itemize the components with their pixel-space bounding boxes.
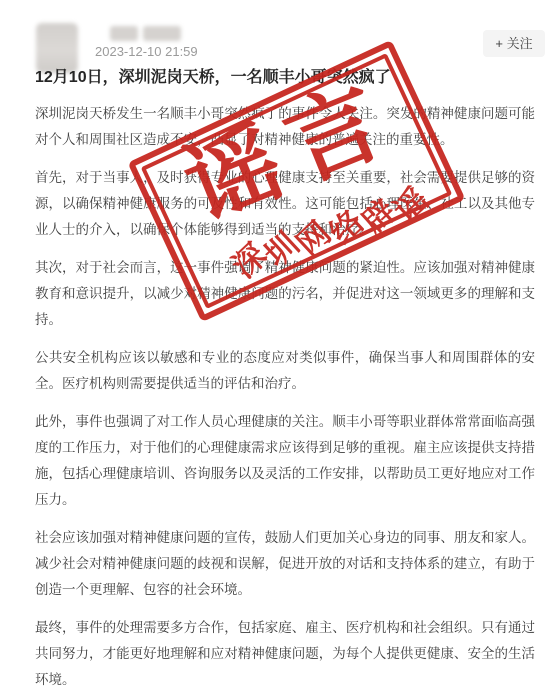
username-blur-block [143,26,181,41]
post-paragraph: 社会应该加强对精神健康问题的宣传，鼓励人们更加关心身边的同事、朋友和家人。减少社… [35,525,535,603]
follow-button[interactable]: + 关注 [483,30,545,57]
username-redacted[interactable] [110,26,181,41]
post-page: 2023-12-10 21:59 + 关注 12月10日，深圳泥岗天桥，一名顺丰… [0,0,559,700]
post-title: 12月10日，深圳泥岗天桥，一名顺丰小哥突然疯了 [35,66,535,90]
post-paragraph: 最终，事件的处理需要多方合作，包括家庭、雇主、医疗机构和社会组织。只有通过共同努… [35,615,535,693]
post-paragraph: 首先，对于当事人，及时获得专业的心理健康支持至关重要，社会需要提供足够的资源，以… [35,165,535,243]
post-timestamp: 2023-12-10 21:59 [95,44,198,59]
username-blur-block [110,26,138,41]
post-paragraph: 此外，事件也强调了对工作人员心理健康的关注。顺丰小哥等职业群体常常面临高强度的工… [35,409,535,513]
post-paragraph: 其次，对于社会而言，这一事件强调了精神健康问题的紧迫性。应该加强对精神健康教育和… [35,255,535,333]
post-body: 深圳泥岗天桥发生一名顺丰小哥突然疯了的事件令人关注。突发的精神健康问题可能对个人… [35,101,535,700]
post-paragraph: 公共安全机构应该以敏感和专业的态度应对类似事件，确保当事人和周围群体的安全。医疗… [35,345,535,397]
post-paragraph: 深圳泥岗天桥发生一名顺丰小哥突然疯了的事件令人关注。突发的精神健康问题可能对个人… [35,101,535,153]
